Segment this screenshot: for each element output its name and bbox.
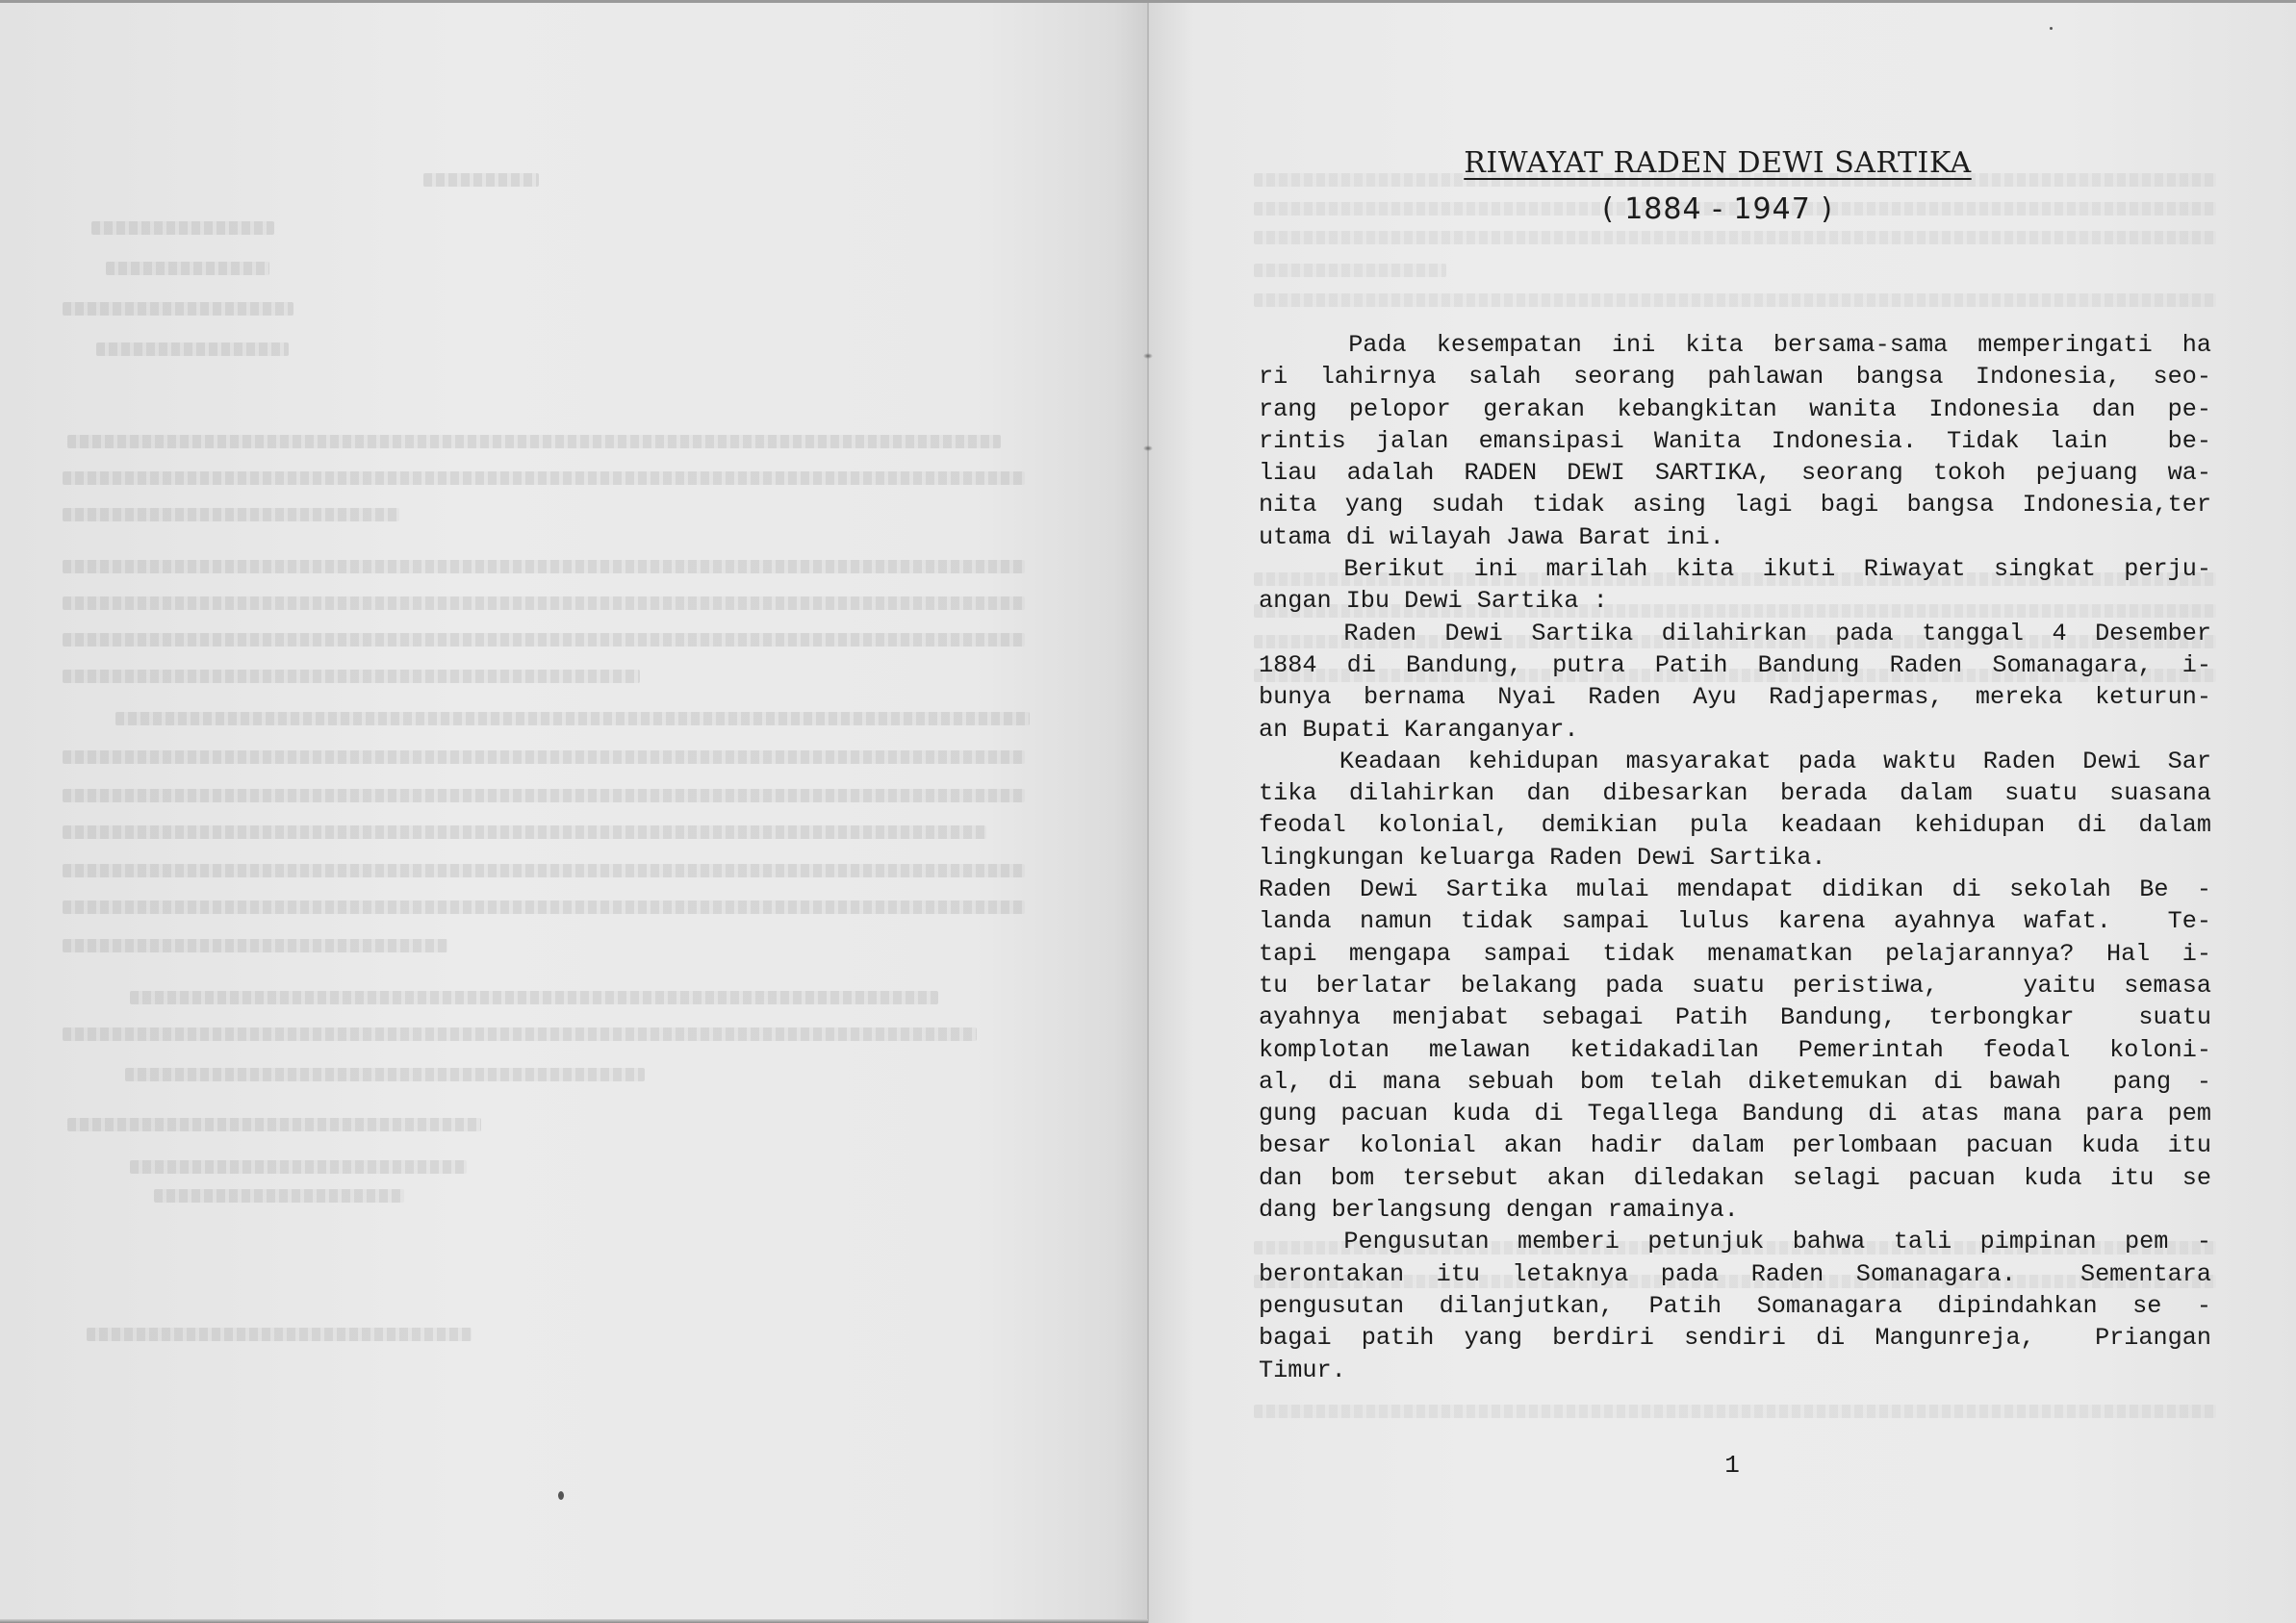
staple-mark	[1143, 445, 1153, 451]
text-line: dang berlangsung dengan ramainya.	[1259, 1194, 2211, 1226]
text-line: besar kolonial akan hadir dalam perlomba…	[1259, 1129, 2211, 1161]
text-line: 1884 di Bandung, putra Patih Bandung Rad…	[1259, 649, 2211, 681]
text-line: Raden Dewi Sartika dilahirkan pada tangg…	[1259, 618, 2211, 649]
top-edge	[0, 0, 2296, 3]
text-line: pengusutan dilanjutkan, Patih Somanagara…	[1259, 1290, 2211, 1322]
text-line: rintis jalan emansipasi Wanita Indonesia…	[1259, 425, 2211, 457]
text-line: Berikut ini marilah kita ikuti Riwayat s…	[1259, 553, 2211, 585]
text-line: utama di wilayah Jawa Barat ini.	[1259, 521, 2211, 553]
text-line: bunya bernama Nyai Raden Ayu Radjapermas…	[1259, 681, 2211, 713]
text-line: liau adalah RADEN DEWI SARTIKA, seorang …	[1259, 457, 2211, 489]
text-line: tika dilahirkan dan dibesarkan berada da…	[1259, 777, 2211, 809]
left-page	[0, 0, 1148, 1623]
text-line: berontakan itu letaknya pada Raden Soman…	[1259, 1258, 2211, 1290]
text-line: bagai patih yang berdiri sendiri di Mang…	[1259, 1322, 2211, 1354]
text-line: al, di mana sebuah bom telah diketemukan…	[1259, 1066, 2211, 1098]
text-line: ri lahirnya salah seorang pahlawan bangs…	[1259, 361, 2211, 393]
text-line: komplotan melawan ketidakadilan Pemerint…	[1259, 1034, 2211, 1066]
text-line: gung pacuan kuda di Tegallega Bandung di…	[1259, 1098, 2211, 1129]
text-line: Pengusutan memberi petunjuk bahwa tali p…	[1259, 1226, 2211, 1257]
text-line: landa namun tidak sampai lulus karena ay…	[1259, 905, 2211, 937]
text-line: ayahnya menjabat sebagai Patih Bandung, …	[1259, 1002, 2211, 1033]
text-line: Timur.	[1259, 1355, 2211, 1386]
ink-speck	[558, 1491, 564, 1500]
page-subtitle-years: ( 1884 - 1947 )	[1463, 192, 1973, 226]
text-line: Keadaan kehidupan masyarakat pada waktu …	[1259, 746, 2211, 777]
body-text: Pada kesempatan ini kita bersama-sama me…	[1259, 329, 2211, 1386]
text-line: rang pelopor gerakan kebangkitan wanita …	[1259, 393, 2211, 425]
text-line: an Bupati Karanganyar.	[1259, 714, 2211, 746]
page-title: RIWAYAT RADEN DEWI SARTIKA	[1463, 146, 1973, 180]
book-spread: RIWAYAT RADEN DEWI SARTIKA ( 1884 - 1947…	[0, 0, 2296, 1623]
bottom-edge	[0, 1619, 1148, 1623]
text-line: nita yang sudah tidak asing lagi bagi ba…	[1259, 489, 2211, 520]
page-number: 1	[1713, 1451, 1751, 1480]
text-line: Pada kesempatan ini kita bersama-sama me…	[1259, 329, 2211, 361]
text-line: tapi mengapa sampai tidak menamatkan pel…	[1259, 938, 2211, 970]
text-line: Raden Dewi Sartika mulai mendapat didika…	[1259, 874, 2211, 905]
text-line: dan bom tersebut akan diledakan selagi p…	[1259, 1162, 2211, 1194]
text-line: tu berlatar belakang pada suatu peristiw…	[1259, 970, 2211, 1002]
text-line: feodal kolonial, demikian pula keadaan k…	[1259, 809, 2211, 841]
page-gutter	[1147, 0, 1149, 1623]
text-line: angan Ibu Dewi Sartika :	[1259, 585, 2211, 617]
text-line: lingkungan keluarga Raden Dewi Sartika.	[1259, 842, 2211, 874]
ink-speck	[2050, 27, 2053, 30]
staple-mark	[1143, 353, 1153, 359]
